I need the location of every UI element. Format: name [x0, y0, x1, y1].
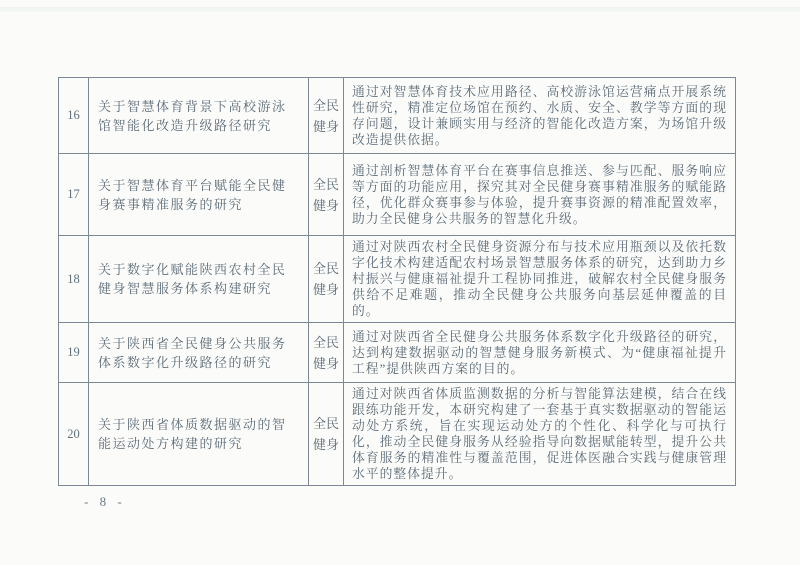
category-cell: 全民健身: [309, 154, 344, 236]
table-row: 19 关于陕西省全民健身公共服务体系数字化升级路径的研究 全民健身 通过对陕西省…: [59, 323, 736, 383]
topic-title-cell: 关于智慧体育背景下高校游泳馆智能化改造升级路径研究: [89, 78, 309, 154]
row-number-cell: 20: [59, 383, 89, 486]
row-number-cell: 16: [59, 78, 89, 154]
topic-title-cell: 关于陕西省体质数据驱动的智能运动处方构建的研究: [89, 383, 309, 486]
description-cell: 通过对陕西省全民健身公共服务体系数字化升级路径的研究，达到构建数据驱动的智慧健身…: [344, 323, 736, 383]
page-number: - 8 -: [84, 494, 126, 510]
row-number-cell: 17: [59, 154, 89, 236]
description-cell: 通过对陕西农村全民健身资源分布与技术应用瓶颈以及依托数字化技术构建适配农村场景智…: [344, 236, 736, 323]
topic-title-cell: 关于智慧体育平台赋能全民健身赛事精准服务的研究: [89, 154, 309, 236]
description-cell: 通过对陕西省体质监测数据的分析与智能算法建模，结合在线跟练功能开发，本研究构建了…: [344, 383, 736, 486]
table-row: 18 关于数字化赋能陕西农村全民健身智慧服务体系构建研究 全民健身 通过对陕西农…: [59, 236, 736, 323]
description-cell: 通过对智慧体育技术应用路径、高校游泳馆运营痛点开展系统性研究，精准定位场馆在预约…: [344, 78, 736, 154]
document-page: 16 关于智慧体育背景下高校游泳馆智能化改造升级路径研究 全民健身 通过对智慧体…: [0, 0, 800, 565]
row-number-cell: 18: [59, 236, 89, 323]
scan-artifact-band: [0, 7, 800, 12]
topic-title-cell: 关于数字化赋能陕西农村全民健身智慧服务体系构建研究: [89, 236, 309, 323]
table-row: 16 关于智慧体育背景下高校游泳馆智能化改造升级路径研究 全民健身 通过对智慧体…: [59, 78, 736, 154]
category-cell: 全民健身: [309, 78, 344, 154]
category-cell: 全民健身: [309, 383, 344, 486]
research-topics-table: 16 关于智慧体育背景下高校游泳馆智能化改造升级路径研究 全民健身 通过对智慧体…: [58, 77, 736, 486]
row-number-cell: 19: [59, 323, 89, 383]
topic-title-cell: 关于陕西省全民健身公共服务体系数字化升级路径的研究: [89, 323, 309, 383]
category-cell: 全民健身: [309, 323, 344, 383]
description-cell: 通过剖析智慧体育平台在赛事信息推送、参与匹配、服务响应等方面的功能应用，探究其对…: [344, 154, 736, 236]
category-cell: 全民健身: [309, 236, 344, 323]
table-row: 17 关于智慧体育平台赋能全民健身赛事精准服务的研究 全民健身 通过剖析智慧体育…: [59, 154, 736, 236]
table-row: 20 关于陕西省体质数据驱动的智能运动处方构建的研究 全民健身 通过对陕西省体质…: [59, 383, 736, 486]
